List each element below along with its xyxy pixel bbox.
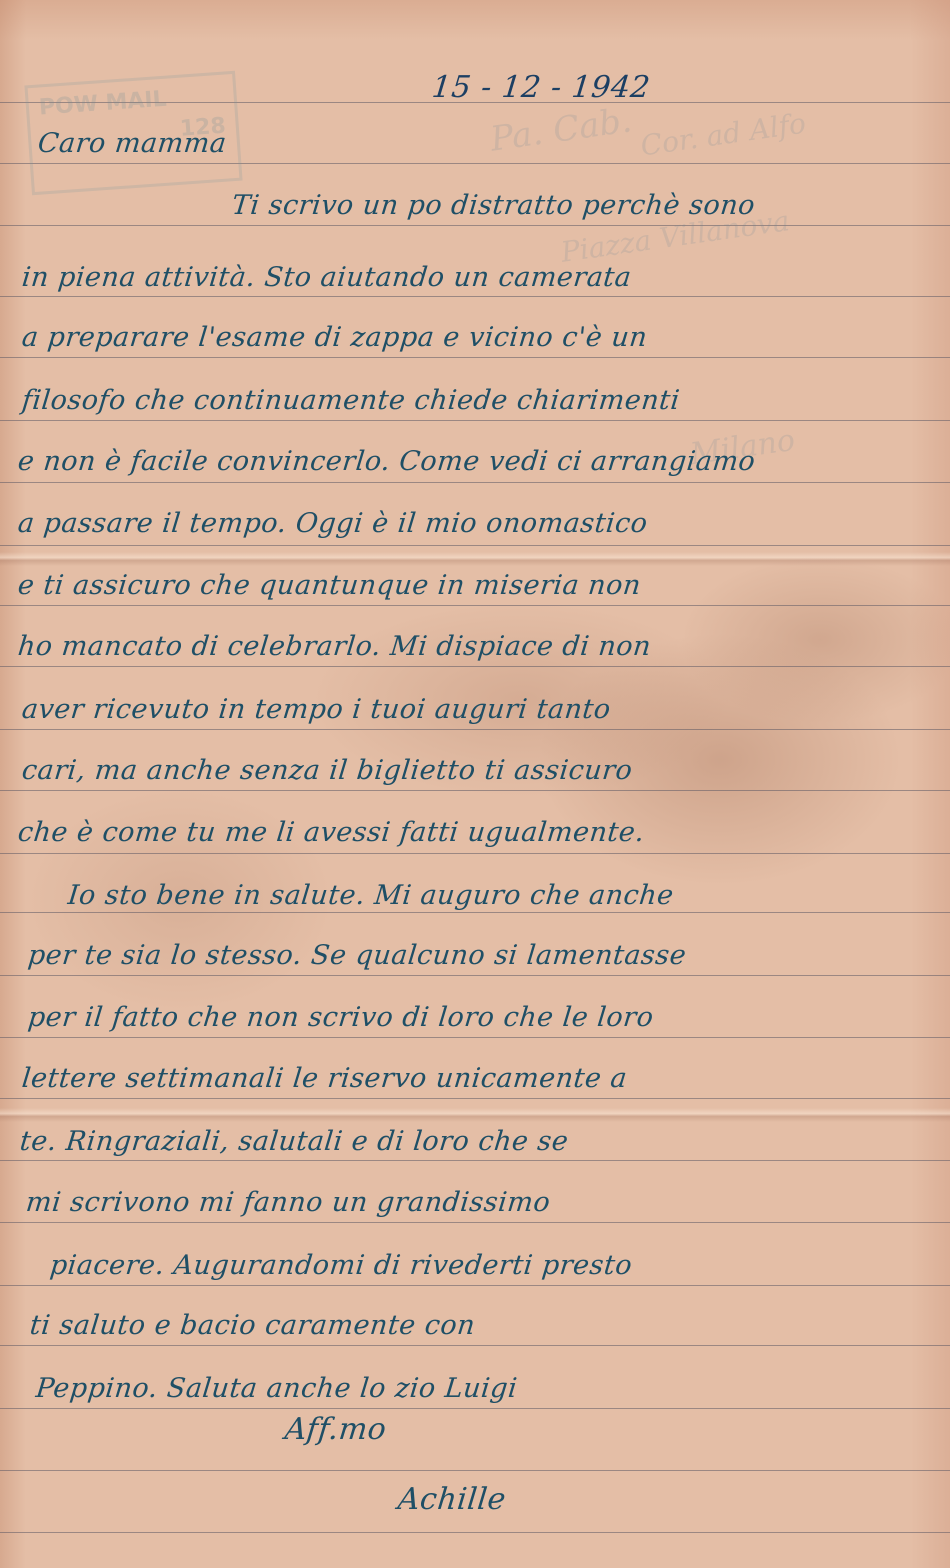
letter-closing: Aff.mo <box>283 1412 388 1447</box>
letter-body-line: per il fatto che non scrivo di loro che … <box>26 1002 655 1033</box>
letter-body-line: e ti assicuro che quantunque in miseria … <box>16 570 642 601</box>
ruled-line <box>0 1160 950 1161</box>
paper-fold <box>0 552 950 566</box>
ruled-line <box>0 1285 950 1286</box>
letter-body-line: lettere settimanali le riservo unicament… <box>20 1063 628 1094</box>
letter-body-line: che è come tu me li avessi fatti ugualme… <box>16 817 646 848</box>
ruled-line <box>0 975 950 976</box>
letter-body-line: te. Ringraziali, salutali e di loro che … <box>18 1126 570 1157</box>
letter-salutation: Caro mamma <box>36 128 228 159</box>
ruled-line <box>0 482 950 483</box>
ruled-line <box>0 1408 950 1409</box>
ruled-line <box>0 912 950 913</box>
letter-date: 15 - 12 - 1942 <box>430 70 652 105</box>
ruled-line <box>0 666 950 667</box>
letter-body-line: per te sia lo stesso. Se qualcuno si lam… <box>26 940 688 971</box>
letter-body-line: ti saluto e bacio caramente con <box>28 1310 476 1341</box>
ruled-line <box>0 420 950 421</box>
letter-signature: Achille <box>396 1482 508 1517</box>
ruled-line <box>0 225 950 226</box>
letter-body-line: filosofo che continuamente chiede chiari… <box>20 385 681 416</box>
ruled-line <box>0 1222 950 1223</box>
letter-body-line: Ti scrivo un po distratto perchè sono <box>230 190 756 221</box>
letter-body-line: ho mancato di celebrarlo. Mi dispiace di… <box>16 631 652 662</box>
ruled-line <box>0 729 950 730</box>
bleed-through-address: Pa. Cab. <box>488 100 634 159</box>
ruled-line <box>0 1345 950 1346</box>
letter-body-line: a preparare l'esame di zappa e vicino c'… <box>20 322 649 353</box>
letter-body-line: aver ricevuto in tempo i tuoi auguri tan… <box>20 694 612 725</box>
letter-body-line: Io sto bene in salute. Mi auguro che anc… <box>66 880 675 911</box>
paper-fold <box>0 1108 950 1122</box>
ruled-line <box>0 605 950 606</box>
letter-body-line: piacere. Augurandomi di rivederti presto <box>48 1250 633 1281</box>
bleed-through-address: Cor. ad Alfo <box>639 107 808 163</box>
ruled-line <box>0 1098 950 1099</box>
ruled-line <box>0 1470 950 1471</box>
letter-body-line: a passare il tempo. Oggi è il mio onomas… <box>16 508 649 539</box>
ruled-line <box>0 357 950 358</box>
ruled-line <box>0 1532 950 1533</box>
letter-page: POW MAIL 128 Pa. Cab. Cor. ad Alfo Piazz… <box>0 0 950 1568</box>
letter-body-line: e non è facile convincerlo. Come vedi ci… <box>16 446 757 477</box>
letter-body-line: Peppino. Saluta anche lo zio Luigi <box>34 1373 518 1404</box>
ruled-line <box>0 790 950 791</box>
letter-body-line: cari, ma anche senza il biglietto ti ass… <box>20 755 634 786</box>
ruled-line <box>0 1037 950 1038</box>
ruled-line <box>0 545 950 546</box>
ruled-line <box>0 296 950 297</box>
ruled-line <box>0 853 950 854</box>
letter-body-line: mi scrivono mi fanno un grandissimo <box>24 1187 552 1218</box>
letter-body-line: in piena attività. Sto aiutando un camer… <box>20 262 633 293</box>
